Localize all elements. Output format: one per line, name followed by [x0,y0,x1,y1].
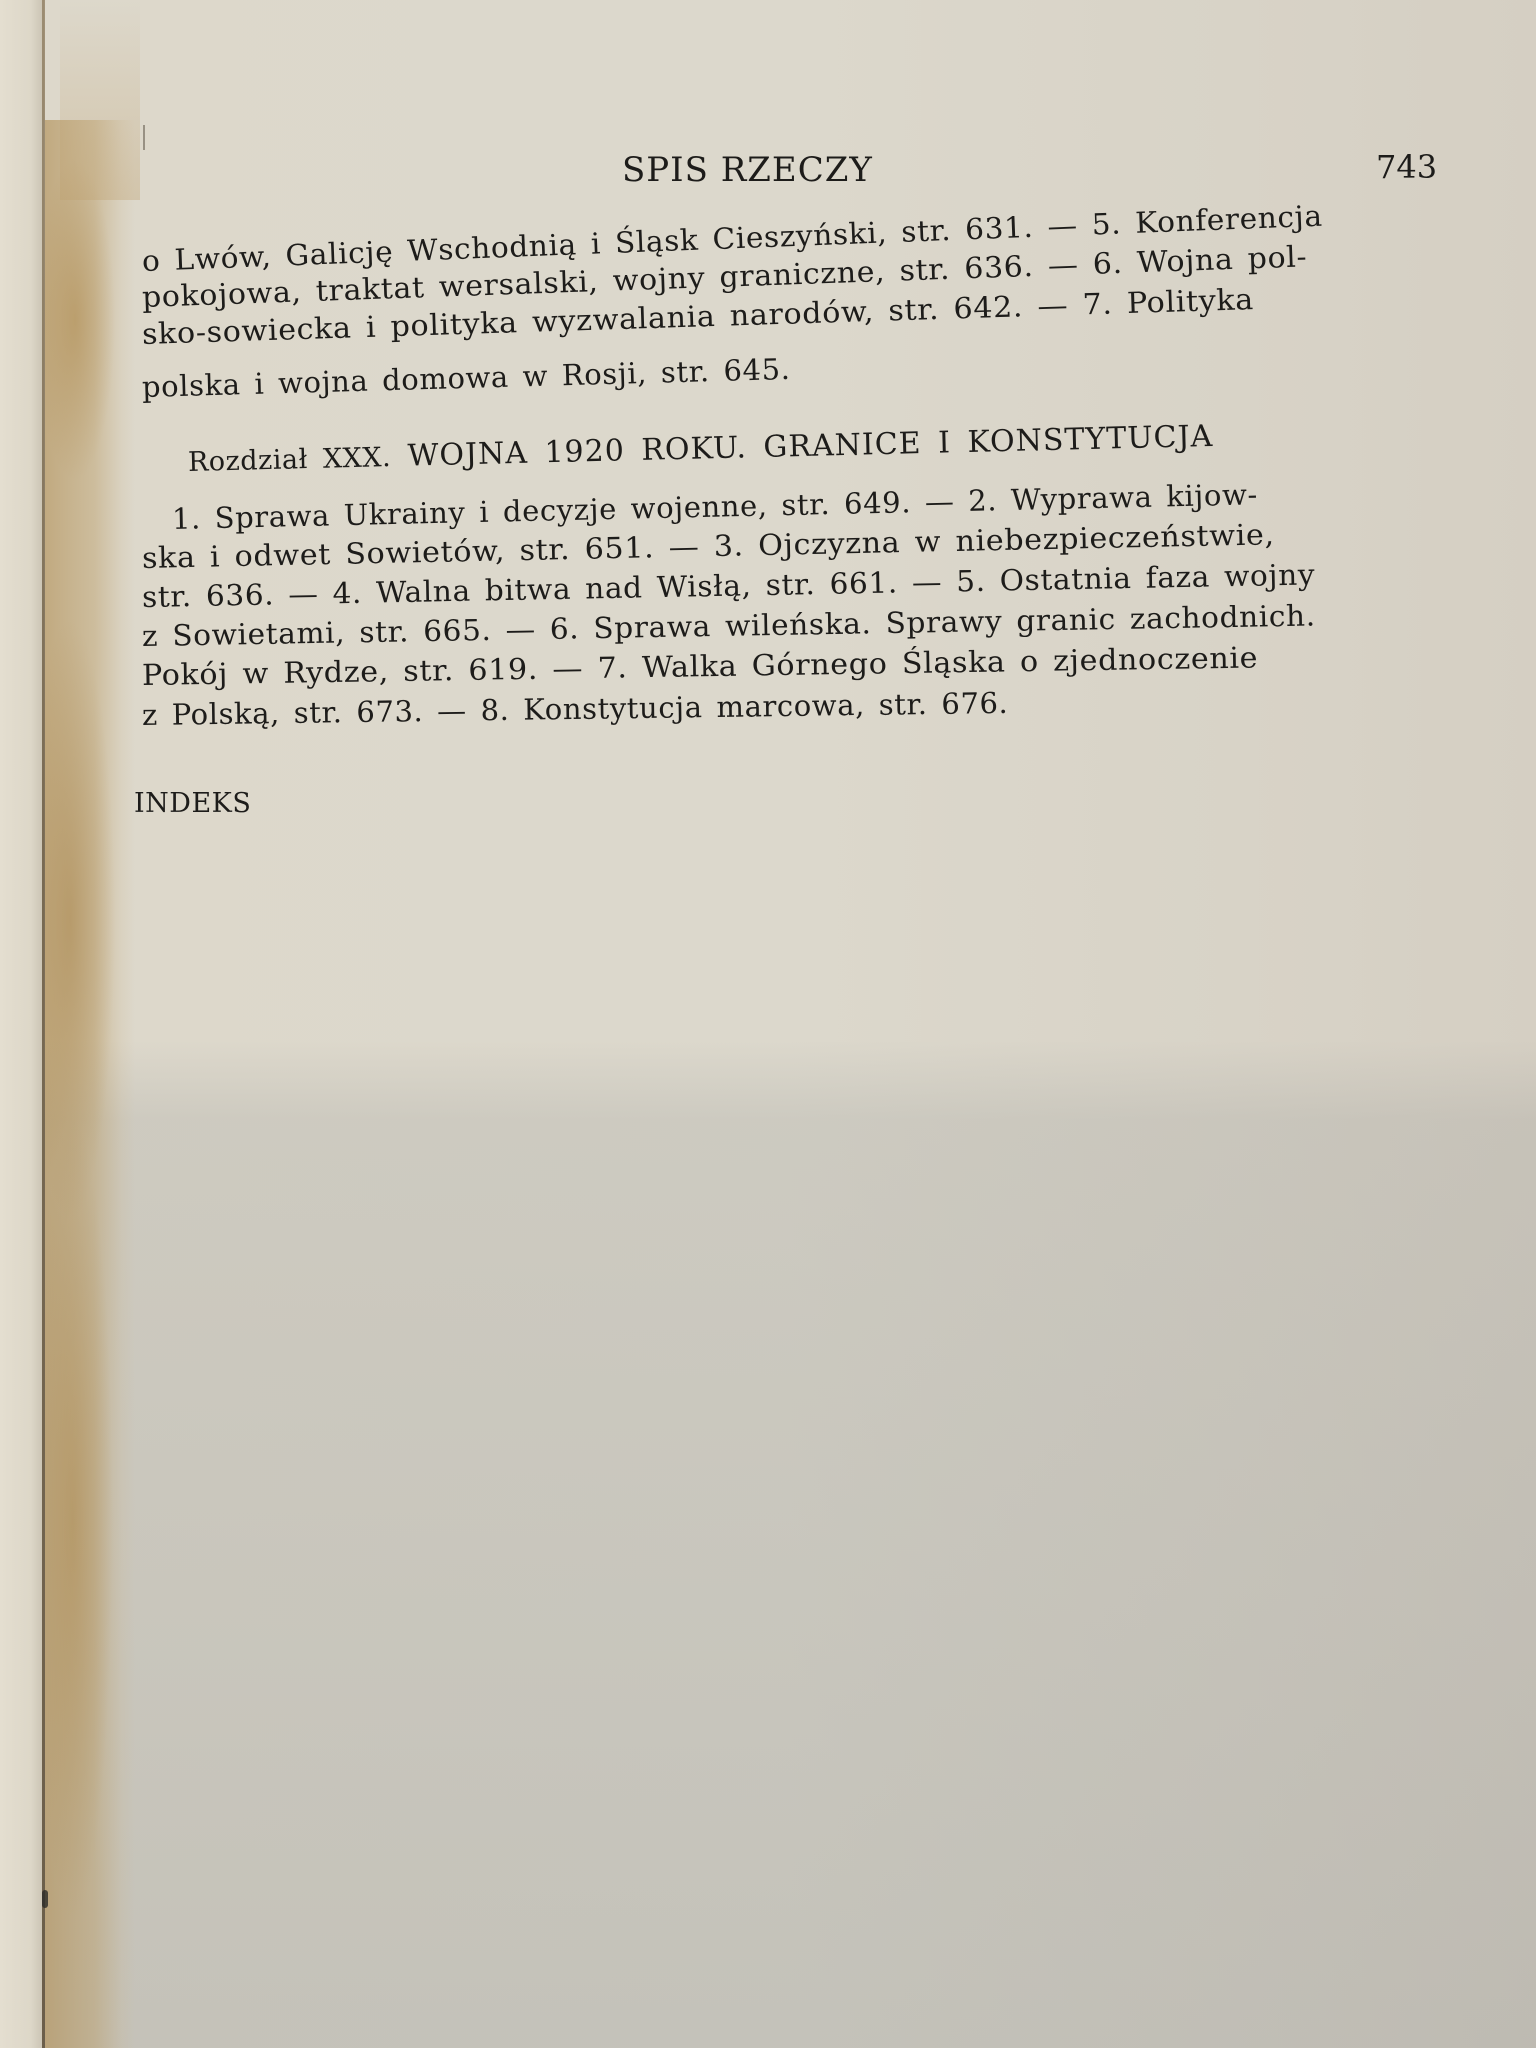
binding-thread [42,1890,48,1908]
index-heading: INDEKS [134,788,251,819]
running-head: SPIS RZECZY 743 [0,150,1536,200]
page-number: 743 [1376,148,1437,186]
book-page-photo: SPIS RZECZY 743 o Lwów, Galicję Wschodni… [0,0,1536,2048]
chapter-label: Rozdział XXX. [188,442,392,478]
water-stain [45,120,135,2048]
previous-page-edge [0,0,44,2048]
edge-mark [143,125,145,150]
running-title: SPIS RZECZY [622,150,873,190]
book-gutter [42,0,45,2048]
